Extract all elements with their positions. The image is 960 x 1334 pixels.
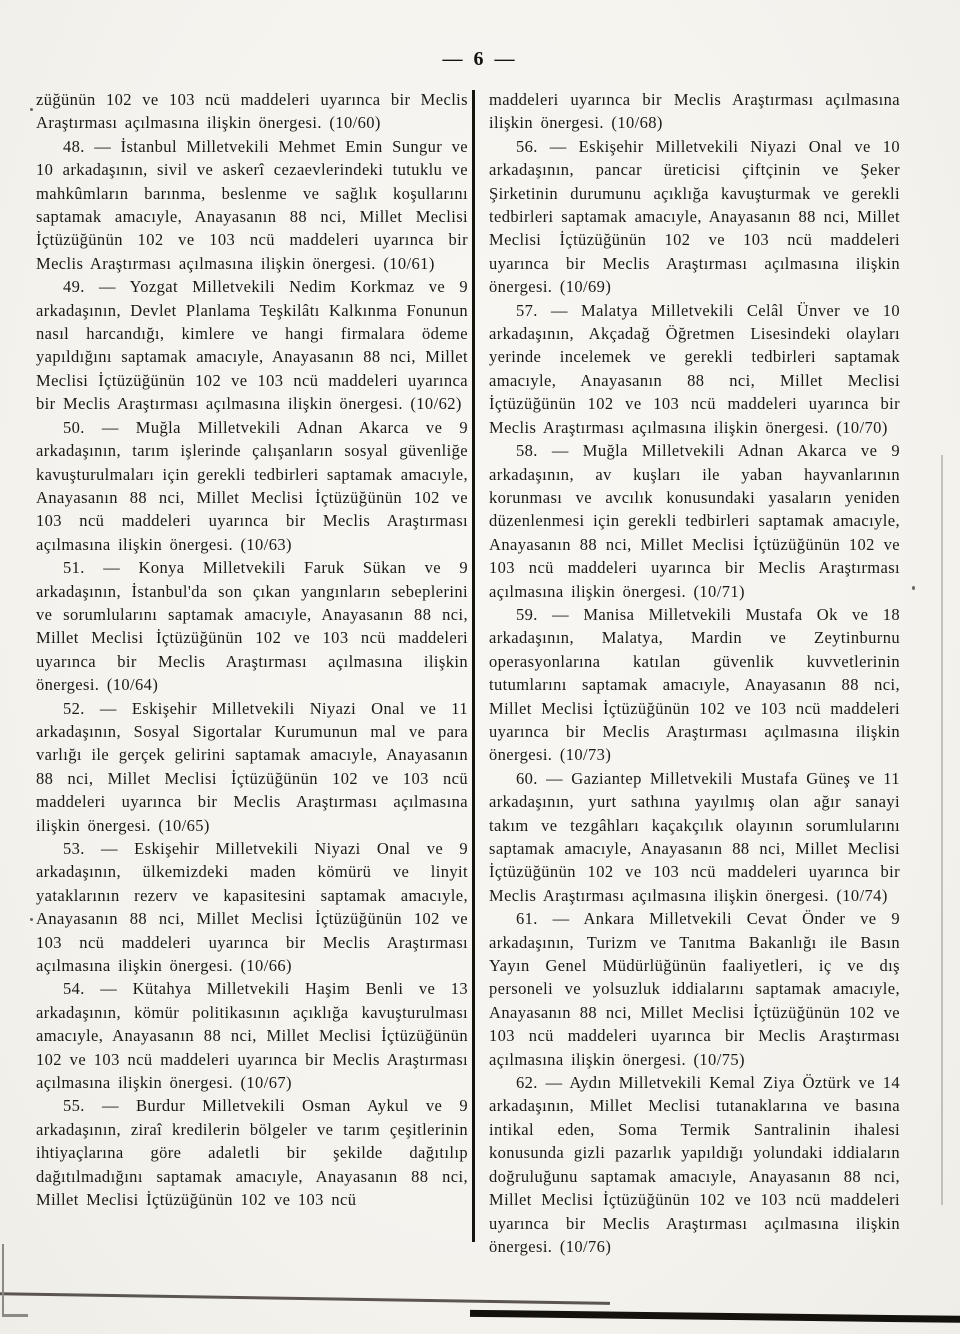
motion-item-62: 62. — Aydın Milletvekili Kemal Ziya Öztü… [489,1071,900,1258]
column-divider-rule [472,90,475,1242]
motion-item-56: 56. — Eskişehir Milletvekili Niyazi Onal… [489,135,900,299]
motion-item-49: 49. — Yozgat Milletvekili Nedim Korkmaz … [36,275,468,415]
motion-item-57: 57. — Malatya Milletvekili Celâl Ünver v… [489,299,900,439]
scan-speck [912,586,915,590]
continuation-paragraph: maddeleri uyarınca bir Meclis Araştırmas… [489,88,900,135]
scan-left-corner-mark [2,1314,28,1317]
scan-edge-line-heavy [470,1310,960,1323]
motion-item-52: 52. — Eskişehir Milletvekili Niyazi Onal… [36,697,468,837]
scan-right-edge-mark [941,455,943,1205]
document-page: — 6 — züğünün 102 ve 103 ncü maddeleri u… [0,0,960,1334]
motion-item-53: 53. — Eskişehir Milletvekili Niyazi Onal… [36,837,468,977]
scan-left-edge-mark [2,1244,4,1316]
scan-speck [30,918,33,921]
left-column: züğünün 102 ve 103 ncü maddeleri uyarınc… [36,88,468,1212]
motion-item-55: 55. — Burdur Milletvekili Osman Aykul ve… [36,1094,468,1211]
motion-item-54: 54. — Kütahya Milletvekili Haşim Benli v… [36,977,468,1094]
motion-item-61: 61. — Ankara Milletvekili Cevat Önder ve… [489,907,900,1071]
motion-item-58: 58. — Muğla Milletvekili Adnan Akarca ve… [489,439,900,603]
page-number: — 6 — [0,48,960,71]
motion-item-50: 50. — Muğla Milletvekili Adnan Akarca ve… [36,416,468,556]
right-column: maddeleri uyarınca bir Meclis Araştırmas… [489,88,900,1258]
continuation-paragraph: züğünün 102 ve 103 ncü maddeleri uyarınc… [36,88,468,135]
scan-speck [30,108,33,111]
scan-edge-line [0,1292,610,1305]
motion-item-60: 60. — Gaziantep Milletvekili Mustafa Gün… [489,767,900,907]
motion-item-59: 59. — Manisa Milletvekili Mustafa Ok ve … [489,603,900,767]
motion-item-48: 48. — İstanbul Milletvekili Mehmet Emin … [36,135,468,275]
motion-item-51: 51. — Konya Milletvekili Faruk Sükan ve … [36,556,468,696]
